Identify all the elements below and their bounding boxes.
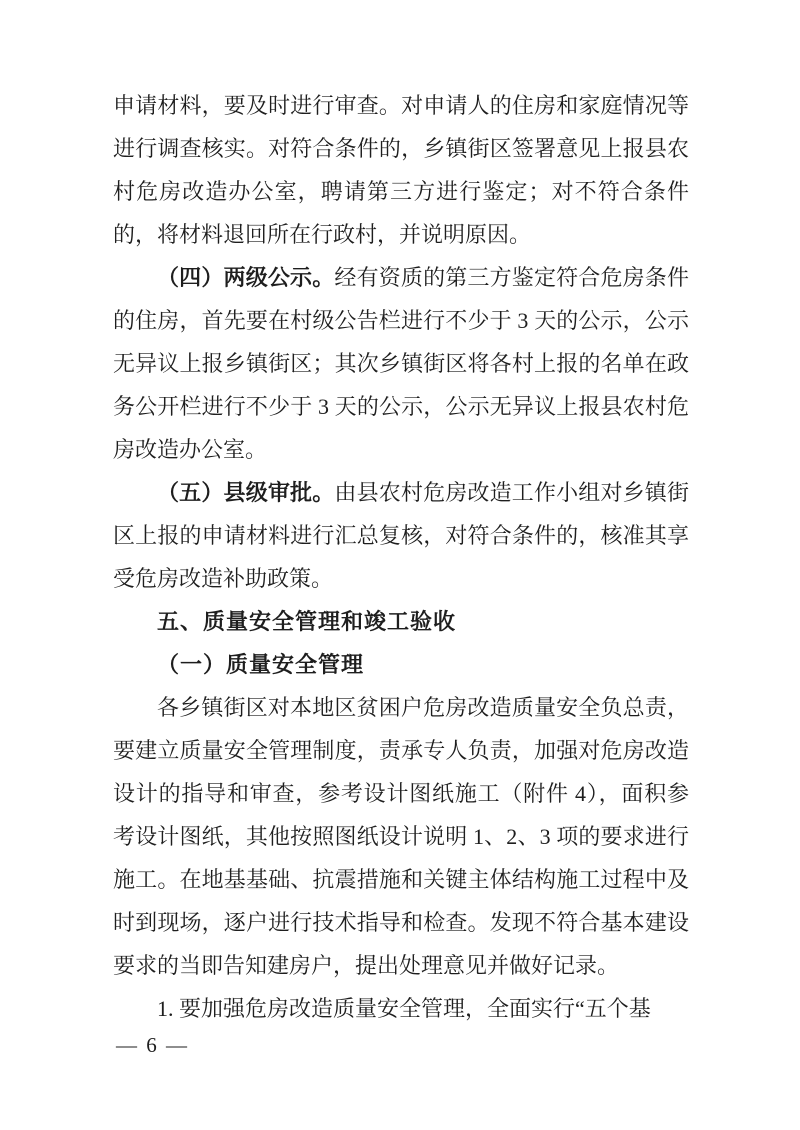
paragraph-lead-bold: （四）两级公示。 — [157, 265, 334, 290]
body-paragraph-truncated: 1. 要加强危房改造质量安全管理，全面实行“五个基 — [113, 987, 689, 1030]
paragraph-lead-bold: （五）县级审批。 — [157, 480, 334, 505]
body-paragraph-item-4: （四）两级公示。经有资质的第三方鉴定符合危房条件的住房，首先要在村级公告栏进行不… — [113, 256, 689, 471]
body-paragraph: 各乡镇街区对本地区贫困户危房改造质量安全负总责，要建立质量安全管理制度，责承专人… — [113, 686, 689, 987]
document-page: 申请材料，要及时进行审查。对申请人的住房和家庭情况等进行调查核实。对符合条件的，… — [0, 0, 800, 1130]
body-paragraph-continuation: 申请材料，要及时进行审查。对申请人的住房和家庭情况等进行调查核实。对符合条件的，… — [113, 84, 689, 256]
subsection-heading: （一）质量安全管理 — [113, 643, 689, 686]
paragraph-text: 经有资质的第三方鉴定符合危房条件的住房，首先要在村级公告栏进行不少于 3 天的公… — [113, 265, 689, 462]
section-heading: 五、质量安全管理和竣工验收 — [113, 600, 689, 643]
document-body: 申请材料，要及时进行审查。对申请人的住房和家庭情况等进行调查核实。对符合条件的，… — [113, 84, 689, 1030]
page-number: — 6 — — [116, 1031, 189, 1059]
body-paragraph-item-5: （五）县级审批。由县农村危房改造工作小组对乡镇街区上报的申请材料进行汇总复核，对… — [113, 471, 689, 600]
